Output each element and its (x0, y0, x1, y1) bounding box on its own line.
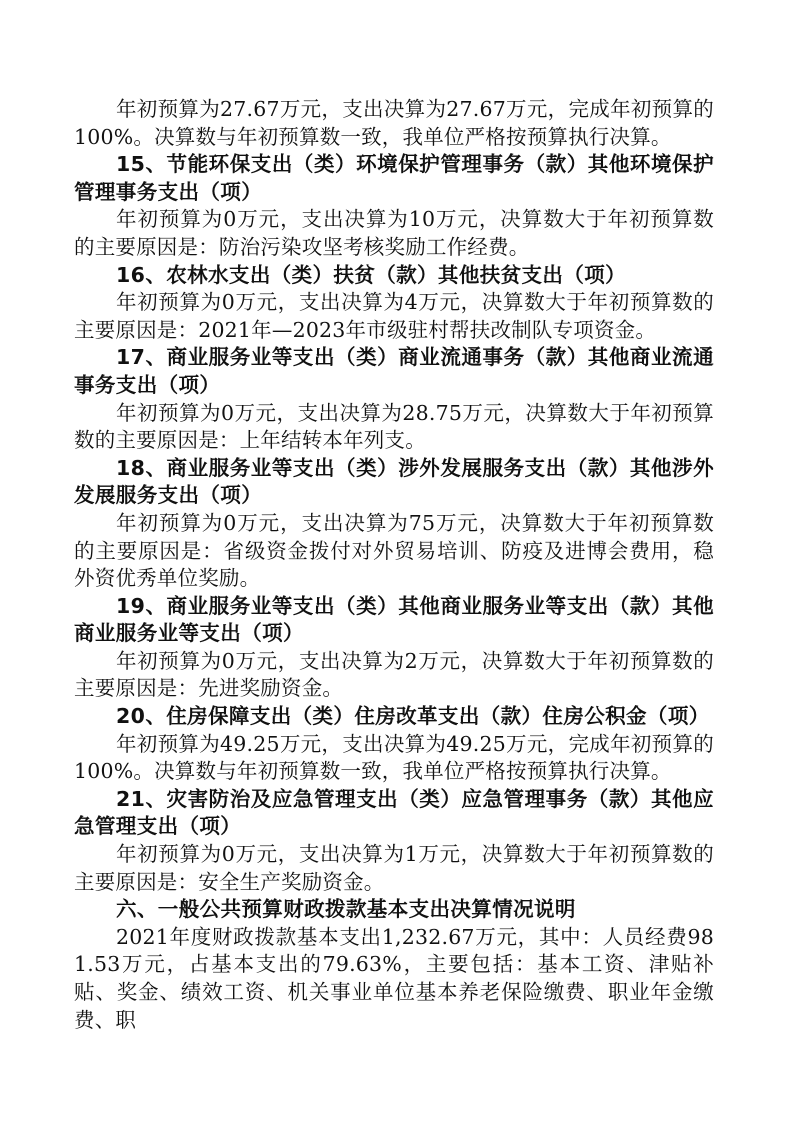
paragraph-basic-expenditure: 2021年度财政拨款基本支出1,232.67万元，其中：人员经费981.53万元… (74, 924, 714, 1034)
paragraph-item-14-budget: 年初预算为27.67万元，支出决算为27.67万元，完成年初预算的100%。决算… (74, 96, 714, 151)
heading-item-15: 15、节能环保支出（类）环境保护管理事务（款）其他环境保护管理事务支出（项） (74, 151, 714, 206)
paragraph-item-19-budget: 年初预算为0万元，支出决算为2万元，决算数大于年初预算数的主要原因是：先进奖励资… (74, 648, 714, 703)
heading-item-20: 20、住房保障支出（类）住房改革支出（款）住房公积金（项） (74, 703, 714, 731)
section-heading-six: 六、一般公共预算财政拨款基本支出决算情况说明 (74, 896, 714, 924)
paragraph-item-21-budget: 年初预算为0万元，支出决算为1万元，决算数大于年初预算数的主要原因是：安全生产奖… (74, 841, 714, 896)
heading-item-19: 19、商业服务业等支出（类）其他商业服务业等支出（款）其他商业服务业等支出（项） (74, 593, 714, 648)
document-page: 年初预算为27.67万元，支出决算为27.67万元，完成年初预算的100%。决算… (74, 96, 714, 1034)
paragraph-item-20-budget: 年初预算为49.25万元，支出决算为49.25万元，完成年初预算的100%。决算… (74, 731, 714, 786)
heading-item-21: 21、灾害防治及应急管理支出（类）应急管理事务（款）其他应急管理支出（项） (74, 786, 714, 841)
paragraph-item-15-budget: 年初预算为0万元，支出决算为10万元，决算数大于年初预算数的主要原因是：防治污染… (74, 206, 714, 261)
paragraph-item-17-budget: 年初预算为0万元，支出决算为28.75万元，决算数大于年初预算数的主要原因是：上… (74, 400, 714, 455)
heading-item-18: 18、商业服务业等支出（类）涉外发展服务支出（款）其他涉外发展服务支出（项） (74, 455, 714, 510)
paragraph-item-18-budget: 年初预算为0万元，支出决算为75万元，决算数大于年初预算数的主要原因是：省级资金… (74, 510, 714, 593)
heading-item-16: 16、农林水支出（类）扶贫（款）其他扶贫支出（项） (74, 262, 714, 290)
heading-item-17: 17、商业服务业等支出（类）商业流通事务（款）其他商业流通事务支出（项） (74, 344, 714, 399)
paragraph-item-16-budget: 年初预算为0万元，支出决算为4万元，决算数大于年初预算数的主要原因是：2021年… (74, 289, 714, 344)
